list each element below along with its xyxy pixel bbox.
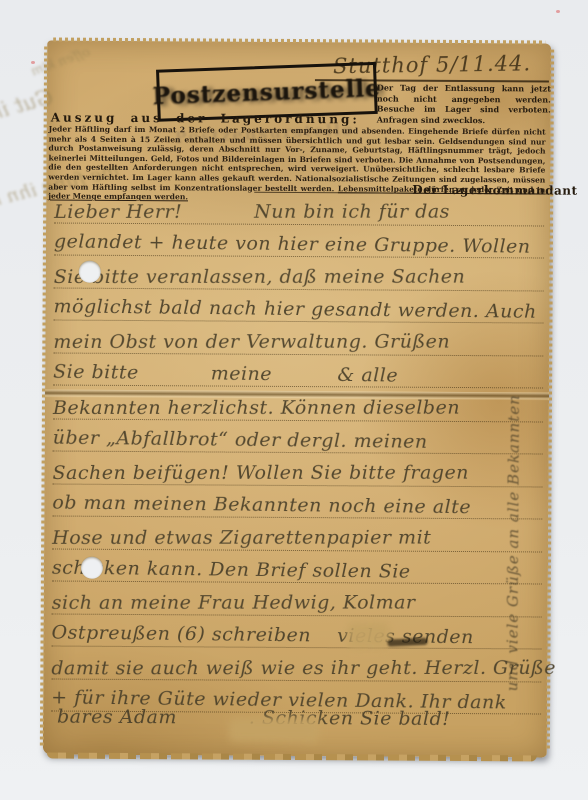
redaction-blur — [347, 622, 389, 648]
punch-hole — [79, 261, 101, 283]
handwritten-line: Hose und etwas Zigarettenpapier mit — [52, 517, 542, 552]
handwritten-line: Lieber Herr! Nun bin ich für das — [54, 191, 544, 226]
torn-edge-bottom — [47, 752, 537, 761]
censor-stamp-text: Postzensurstelle — [152, 74, 381, 109]
handwritten-line: Sie bitte meine & alle — [53, 353, 543, 388]
scanned-document-scene: offen kim Gut ihn fug hut spor kind me f… — [0, 0, 588, 800]
handwritten-line: Ostpreußen (6) schreiben vieles senden — [51, 614, 541, 649]
handwritten-line: ob man meinen Bekannten noch eine alte — [52, 484, 542, 519]
handwritten-line: gelandet + heute von hier eine Gruppe. W… — [54, 223, 544, 258]
letter-body-lower: Bekannten herzlichst. Können dieselben ü… — [51, 387, 543, 715]
release-notice-text: Der Tag der Entlassung kann jetzt noch n… — [377, 82, 551, 125]
perforated-edge-top — [53, 38, 545, 45]
handwritten-line: Bekannten herzlichst. Können dieselben — [53, 387, 543, 422]
handwritten-line: möglichst bald nach hier gesandt werden.… — [53, 288, 543, 323]
handwritten-line: sich an meine Frau Hedwig, Kolmar — [52, 582, 542, 617]
handwritten-line: damit sie auch weiß wie es ihr geht. Her… — [51, 647, 541, 682]
letter-body-upper: Lieber Herr! Nun bin ich für das gelande… — [53, 191, 544, 389]
handwritten-line: schicken kann. Den Brief sollen Sie — [52, 549, 542, 584]
pencil-bleedthrough: offen kim — [29, 45, 92, 80]
handwritten-line: Sie bitte veranlassen, daß meine Sachen — [54, 256, 544, 291]
scan-speck — [556, 10, 560, 13]
letter-sheet: offen kim Gut ihn fug hut spor kind me f… — [43, 40, 551, 757]
marginal-note-vertical: und viele Grüße an alle Bekannten — [503, 421, 523, 691]
handwritten-line: über „Abfallbrot“ oder dergl. meinen — [53, 419, 543, 454]
handwritten-line: Sachen beifügen! Wollen Sie bitte fragen — [52, 452, 542, 487]
handwritten-line: mein Obst von der Verwaltung. Grüßen — [53, 321, 543, 356]
redaction-blur — [229, 718, 319, 743]
punch-hole — [81, 557, 103, 579]
